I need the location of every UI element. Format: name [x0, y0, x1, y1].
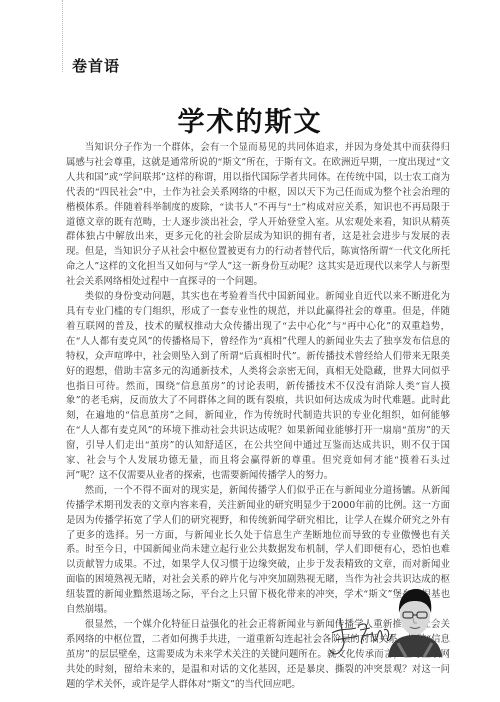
paragraph: 当知识分子作为一个群体，会有一个显而易见的共同体追求，并因为身处其中而获得归属感… — [66, 141, 450, 290]
paragraph: 类似的身份变动问题，其实也在考验着当代中国新闻业。新闻业自近代以来不断进化为具有… — [66, 290, 450, 484]
margin-rule — [62, 0, 63, 72]
author-portrait — [386, 585, 444, 657]
article-title: 学术的斯文 — [0, 100, 500, 139]
section-label: 卷首语 — [72, 55, 120, 76]
